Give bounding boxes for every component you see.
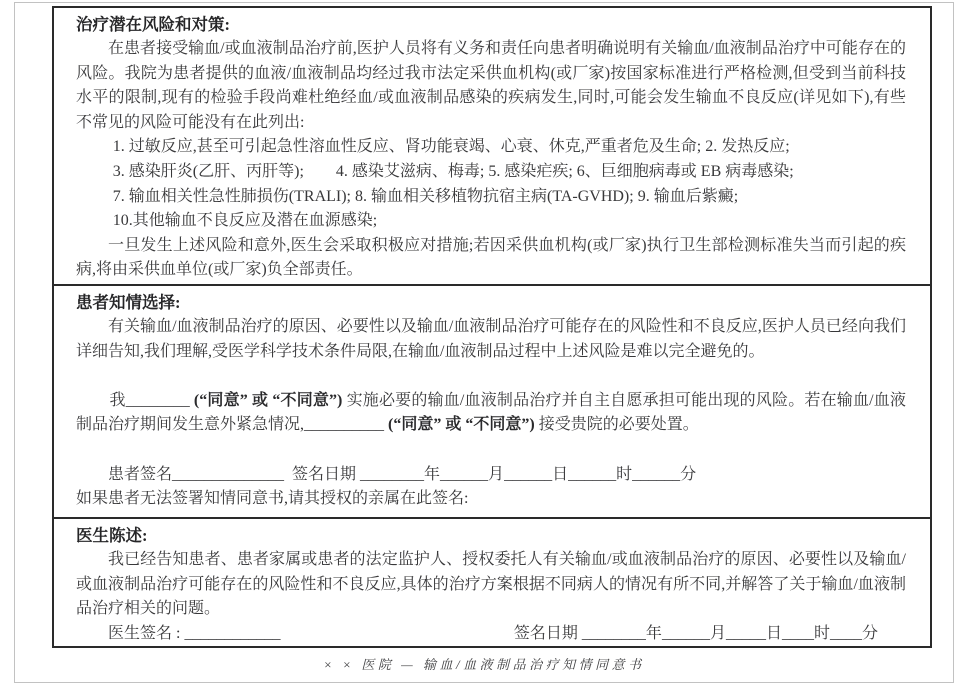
year-label: 年: [424, 466, 440, 483]
page-frame: 治疗潜在风险和对策: 在患者接受输血/或血液制品治疗前,医护人员将有义务和责任向…: [14, 2, 954, 683]
patient-agree-blank[interactable]: ________: [126, 392, 190, 409]
risk-item-line-4: 10.其他输血不良反应及潜在血源感染;: [76, 209, 906, 234]
minute-label: 分: [680, 466, 696, 483]
risk-item-line-1: 1. 过敏反应,甚至可引起急性溶血性反应、肾功能衰竭、心衰、休克,严重者危及生命…: [76, 135, 906, 160]
doctor-title: 医生陈述:: [76, 523, 906, 548]
risk-item-line-3: 7. 输血相关性急性肺损伤(TRALI); 8. 输血相关移植物抗宿主病(TA-…: [76, 185, 906, 210]
patient-choice-intro: 有关输血/血液制品治疗的原因、必要性以及输血/血液制品治疗可能存在的风险性和不良…: [76, 315, 906, 364]
patient-choice-title: 患者知情选择:: [76, 290, 906, 315]
patient-year-blank[interactable]: ______: [440, 466, 488, 483]
risks-intro: 在患者接受输血/或血液制品治疗前,医护人员将有义务和责任向患者明确说明有关输血/…: [76, 37, 906, 135]
doctor-signature-row: 医生签名 : ____________ 签名日期 ________年______…: [76, 622, 906, 646]
risks-outro: 一旦发生上述风险和意外,医生会采取积极应对措施;若因采供血机构(或厂家)执行卫生…: [76, 234, 906, 283]
consent-statement: 我________ (“同意” 或 “不同意”) 实施必要的输血/血液制品治疗并…: [76, 364, 906, 462]
agree-options-label-2: (“同意” 或 “不同意”): [384, 416, 539, 433]
doctor-sign-label: 医生签名 :: [108, 625, 184, 642]
patient-signature-row: 患者签名______________ 签名日期 ________年______月…: [76, 463, 906, 488]
doctor-date-group: 签名日期 ________年______月_____日____时____分: [514, 622, 878, 646]
month-label: 月: [710, 625, 726, 642]
agree-options-label-1: (“同意” 或 “不同意”): [190, 392, 347, 409]
patient-hour-blank[interactable]: ______: [632, 466, 680, 483]
minute-label: 分: [862, 625, 878, 642]
patient-date-label: 签名日期: [284, 466, 360, 483]
risks-title: 治疗潜在风险和对策:: [76, 12, 906, 37]
day-label: 日: [552, 466, 568, 483]
hour-label: 时: [616, 466, 632, 483]
section-risks: 治疗潜在风险和对策: 在患者接受输血/或血液制品治疗前,医护人员将有义务和责任向…: [54, 8, 930, 284]
patient-date-blank[interactable]: ________: [360, 466, 424, 483]
consent-text-3: 接受贵院的必要处置。: [539, 416, 699, 433]
section-doctor-statement: 医生陈述: 我已经告知患者、患者家属或患者的法定监护人、授权委托人有关输血/或血…: [54, 517, 930, 646]
doctor-date-label: 签名日期: [514, 625, 582, 642]
year-label: 年: [646, 625, 662, 642]
patient-signature-blank[interactable]: ______________: [172, 466, 284, 483]
doctor-sign-group: 医生签名 : ____________: [108, 622, 280, 646]
patient-day-blank[interactable]: ______: [568, 466, 616, 483]
hour-label: 时: [814, 625, 830, 642]
doctor-statement-text: 我已经告知患者、患者家属或患者的法定监护人、授权委托人有关输血/或血液制品治疗的…: [76, 548, 906, 622]
proxy-note: 如果患者无法签署知情同意书,请其授权的亲属在此签名:: [76, 487, 906, 512]
day-label: 日: [766, 625, 782, 642]
risk-item-line-2: 3. 感染肝炎(乙肝、丙肝等); 4. 感染艾滋病、梅毒; 5. 感染疟疾; 6…: [76, 160, 906, 185]
doctor-signature-blank[interactable]: ____________: [184, 625, 280, 642]
doctor-date-blank[interactable]: ________: [582, 625, 646, 642]
doctor-year-blank[interactable]: ______: [662, 625, 710, 642]
patient-sign-label: 患者签名: [108, 466, 172, 483]
consent-form-box: 治疗潜在风险和对策: 在患者接受输血/或血液制品治疗前,医护人员将有义务和责任向…: [52, 6, 932, 648]
section-patient-choice: 患者知情选择: 有关输血/血液制品治疗的原因、必要性以及输血/血液制品治疗可能存…: [54, 284, 930, 517]
doctor-month-blank[interactable]: _____: [726, 625, 766, 642]
footer-caption: × × 医院 — 输血/血液制品治疗知情同意书: [15, 654, 953, 673]
month-label: 月: [488, 466, 504, 483]
emergency-agree-blank[interactable]: __________: [304, 416, 384, 433]
consent-text: 我: [110, 392, 126, 409]
doctor-day-blank[interactable]: ____: [782, 625, 814, 642]
patient-month-blank[interactable]: ______: [504, 466, 552, 483]
doctor-hour-blank[interactable]: ____: [830, 625, 862, 642]
